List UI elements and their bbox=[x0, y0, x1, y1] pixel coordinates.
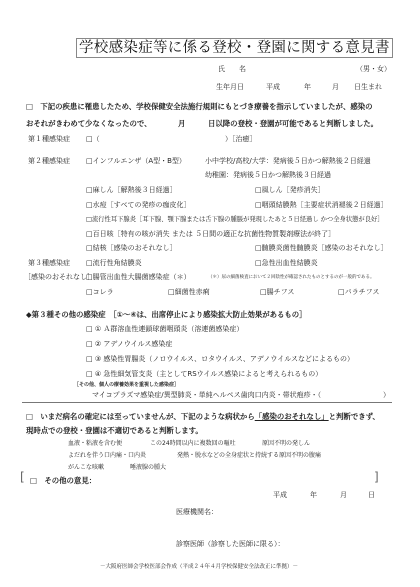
meningitis-checkbox[interactable]: □髄膜炎菌性髄膜炎［感染のおそれなし］ bbox=[255, 243, 388, 253]
institution-field[interactable] bbox=[232, 505, 382, 517]
section-divider bbox=[22, 402, 392, 403]
section1-line2a: おそれがきわめて少なくなったので、 bbox=[26, 118, 152, 129]
symptom-cough: がんこな咳嗽 bbox=[68, 462, 104, 471]
rubella-checkbox[interactable]: □風しん［発疹消失］ bbox=[255, 185, 325, 195]
other-diseases-close: ） bbox=[383, 390, 390, 400]
doctor-field[interactable] bbox=[290, 537, 390, 549]
measles-checkbox[interactable]: □麻しん［解熱後３日経過］ bbox=[86, 185, 177, 195]
influenza-kinder-rule: 幼稚園：発病後５日かつ解熱後３日経過 bbox=[205, 170, 331, 180]
document-title: 学校感染症等に係る登校・登園に関する意見書 bbox=[76, 38, 393, 58]
date-month: 月 bbox=[340, 490, 347, 500]
opinion-bracket-left: [ bbox=[20, 470, 25, 484]
symptom-abdominal-pain: 発熱・脱水などの全身症状と持続する原因不明の腹痛 bbox=[177, 450, 321, 459]
section3-quote: 「感染のおそれなし」 bbox=[255, 412, 329, 421]
name-label: 氏 名 bbox=[218, 64, 246, 74]
dob-born: 日生まれ bbox=[354, 82, 382, 92]
symptom-stomatitis: よだれを伴う口内痛・口内炎 bbox=[68, 450, 146, 459]
symptom-salivary: 唾液腺の腫大 bbox=[130, 462, 166, 471]
adeno-checkbox[interactable]: □ ② アデノウイルス感染症 bbox=[86, 339, 172, 349]
section3-line1b: と判断できず、 bbox=[329, 412, 380, 421]
strep-checkbox[interactable]: □ ① Ａ群溶血性連鎖球菌咽頭炎（溶連菌感染症） bbox=[86, 324, 243, 334]
symptom-vomiting: この24時間以内に複数回の嘔吐 bbox=[150, 438, 236, 447]
opinion-checkbox[interactable]: □ その他の意見： bbox=[30, 475, 96, 486]
influenza-checkbox[interactable]: □インフルエンザ（A型・B型） bbox=[86, 156, 186, 166]
pcf-checkbox[interactable]: □咽頭結膜熱［主要症状消褪後２日経過］ bbox=[255, 200, 388, 210]
ekc-checkbox[interactable]: □流行性角結膜炎 bbox=[86, 258, 142, 268]
sex-label[interactable]: （男・女） bbox=[356, 64, 391, 74]
shigellosis-checkbox[interactable]: □細菌性赤痢 bbox=[168, 287, 210, 297]
class3-sublabel: ［感染のおそれなし］ bbox=[24, 272, 94, 282]
section1-line2b: 日以降の登校・登園が可能であると判断しました。 bbox=[208, 118, 378, 129]
ehec-checkbox[interactable]: □腸管出血性大腸菌感染症（＊） bbox=[86, 272, 191, 282]
other-diseases-heading: ［その他、個人の療養効果を重視した感染症］ bbox=[74, 381, 179, 388]
name-field[interactable] bbox=[248, 62, 348, 72]
tb-checkbox[interactable]: □結核［感染のおそれなし］ bbox=[86, 243, 177, 253]
opinion-bracket-right: ] bbox=[374, 470, 379, 484]
influenza-school-rule: 小中学校/高校/大学：発病後５日かつ解熱後２日経過 bbox=[205, 156, 371, 166]
class2-label: 第２種感染症 bbox=[28, 156, 70, 166]
typhoid-checkbox[interactable]: □腸チフス bbox=[260, 287, 294, 297]
doctor-label: 診察医師（診察した医師に限る）： bbox=[176, 539, 285, 549]
section3-line2: 現時点での登校・登園は不適切であると判断します。 bbox=[26, 425, 203, 436]
dob-month: 月 bbox=[332, 82, 339, 92]
ahc-checkbox[interactable]: □急性出血性結膜炎 bbox=[255, 258, 318, 268]
institution-label: 医療機関名： bbox=[176, 507, 218, 517]
section3-line1a: □ いまだ病名の確定には至っていませんが、下記のような病状から bbox=[26, 412, 255, 421]
paratyphoid-checkbox[interactable]: □パラチフス bbox=[338, 287, 379, 297]
bronchiolitis-checkbox[interactable]: □ ④ 急性細気管支炎（主としてRSウイルス感染によると考えられるもの） bbox=[86, 369, 322, 379]
section1-month: 月 bbox=[178, 118, 185, 129]
mumps-checkbox[interactable]: □流行性耳下腺炎［耳下腺、顎下腺または舌下腺の腫脹が発現したあと５日経過し かつ… bbox=[86, 214, 384, 223]
pertussis-checkbox[interactable]: □百日咳［特有の咳が消失 または ５日間の適正な抗菌性物質製剤療法が終了］ bbox=[86, 229, 335, 239]
gastroenteritis-checkbox[interactable]: □ ③ 感染性胃腸炎（ノロウイルス、ロタウイルス、アデノウイルスなどによるもの） bbox=[86, 354, 354, 364]
symptom-bloody-stool: 血液・粘液を含む便 bbox=[68, 438, 122, 447]
class1-label: 第１種感染症 bbox=[28, 134, 70, 144]
date-year: 年 bbox=[310, 490, 317, 500]
other-diseases-list[interactable]: マイコプラズマ感染症/異型肺炎・単純ヘルペス歯肉口内炎・帯状疱疹・（ bbox=[92, 390, 321, 400]
class1-cured: ）［治癒］ bbox=[225, 134, 257, 144]
section1-checkbox-line1[interactable]: □ 下記の疾患に罹患したため、学校保健安全法施行規則にもとづき療養を指示していま… bbox=[26, 101, 373, 112]
dob-label: 生年月日 bbox=[216, 82, 244, 92]
section2-heading: ◆第３種その他の感染症 ［①〜④は、出席停止により感染拡大防止効果があるもの］ bbox=[26, 309, 307, 320]
dob-year: 年 bbox=[304, 82, 311, 92]
date-era: 平成 bbox=[273, 490, 287, 500]
varicella-checkbox[interactable]: □水痘［すべての発疹の痂皮化］ bbox=[86, 200, 190, 210]
class3-label: 第３種感染症 bbox=[28, 258, 70, 268]
symptom-rash: 原因不明の発しん bbox=[262, 438, 310, 447]
opinion-field[interactable] bbox=[100, 472, 370, 486]
cholera-checkbox[interactable]: □コレラ bbox=[86, 287, 114, 297]
date-day: 日 bbox=[368, 490, 375, 500]
ehec-note: （＊）尿の細菌検査において２回陰性が確認されたものとするのが一般的である。 bbox=[208, 274, 375, 280]
class1-checkbox[interactable]: □（ bbox=[86, 134, 100, 144]
section3-checkbox-line1[interactable]: □ いまだ病名の確定には至っていませんが、下記のような病状から「感染のおそれなし… bbox=[26, 411, 380, 422]
dob-era: 平成 bbox=[266, 82, 280, 92]
footer-credit: －大阪府医師会学校医部会作成（平成２４年４月学校保健安全法改正に準拠）－ bbox=[100, 562, 298, 570]
